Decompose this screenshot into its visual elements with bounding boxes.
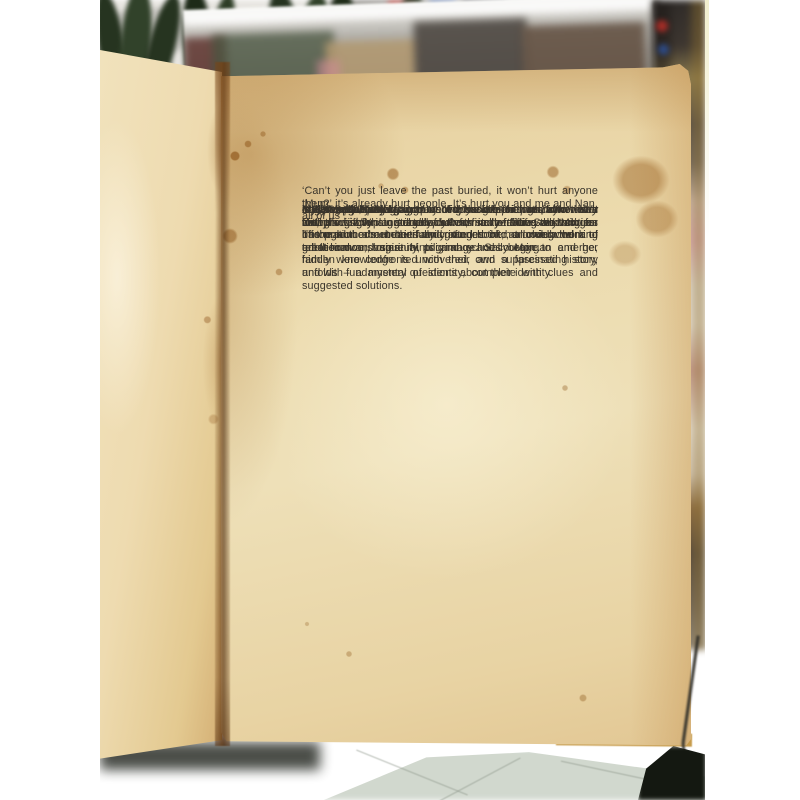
book-spine-navy	[462, 0, 506, 18]
book-cover-edge	[556, 732, 692, 746]
counter-crack	[356, 750, 468, 796]
plant-leaf	[179, 0, 215, 75]
cd-case-reflection	[316, 60, 341, 94]
book-left-page	[100, 50, 222, 760]
cd-case-reflection	[414, 18, 529, 94]
counter-surface	[100, 730, 706, 800]
book-spine-blue	[430, 1, 456, 17]
book-gutter-shadow	[215, 62, 230, 746]
book-spine-red	[388, 1, 416, 17]
cd-case-reflection	[522, 22, 646, 91]
white-margin-left	[0, 0, 100, 800]
shelf-item-red	[656, 20, 668, 32]
plant-leaf	[118, 0, 155, 73]
shelf-item-blue	[658, 44, 669, 55]
plant-leaf	[329, 0, 358, 49]
counter-crack	[561, 761, 649, 781]
background-shelf-top	[100, 0, 658, 96]
cd-case-reflection	[212, 31, 336, 101]
counter-crack	[435, 758, 520, 800]
dark-object-bottom-right	[638, 746, 706, 800]
shelf-edge	[330, 0, 660, 20]
cd-case-reflection	[325, 39, 421, 93]
plant-leaf	[395, 0, 427, 41]
background-smudge	[108, 8, 188, 56]
background-shelf-right	[652, 0, 706, 650]
cd-case-reflection	[184, 36, 229, 102]
book-shadow	[100, 742, 320, 770]
plant-leaf	[264, 0, 302, 62]
blurb-text: ‘Can’t you just leave the past buried, i…	[302, 185, 598, 204]
cd-case	[183, 0, 656, 102]
cd-case-top-highlight	[183, 0, 653, 25]
blurb-paragraph: ‘Can’t you just leave the past buried, i…	[302, 185, 598, 198]
plant-leaf	[143, 0, 188, 76]
white-margin-right	[705, 0, 800, 800]
bookstore-photo: ‘Can’t you just leave the past buried, i…	[0, 0, 800, 800]
plant-leaf	[203, 0, 241, 75]
plant-leaf	[90, 0, 128, 72]
stand-wire	[679, 635, 713, 760]
plant-leaf	[295, 0, 333, 60]
counter-lit-area	[240, 748, 706, 800]
book-right-page	[221, 64, 691, 746]
